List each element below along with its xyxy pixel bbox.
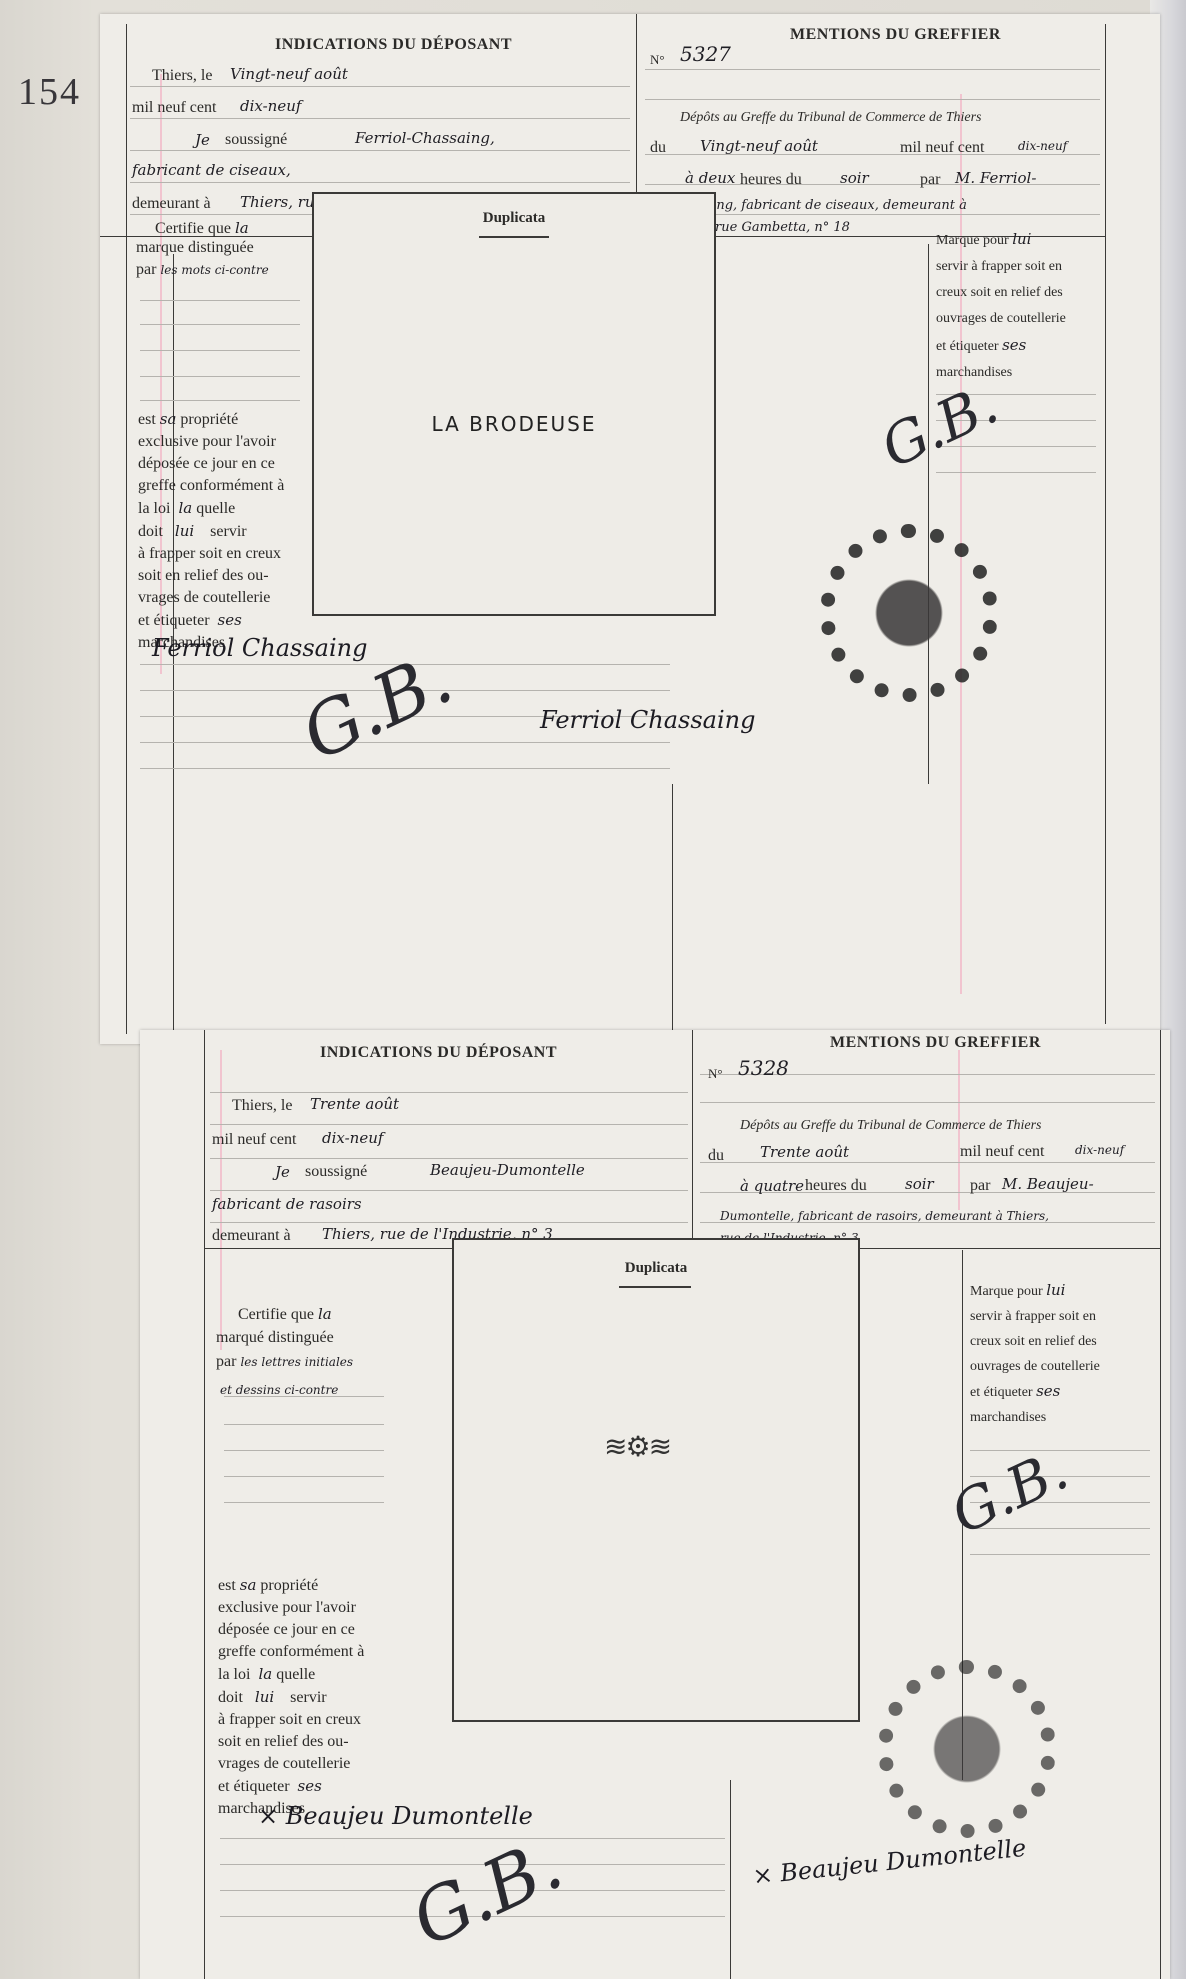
date-handwritten: Trente août	[310, 1094, 399, 1114]
depositant-header: INDICATIONS DU DÉPOSANT	[275, 36, 512, 54]
deposit-statement: Dépôts au Greffe du Tribunal de Commerce…	[740, 1116, 1042, 1136]
deposit-statement: Dépôts au Greffe du Tribunal de Commerce…	[680, 108, 982, 128]
year-label: mil neuf cent	[132, 98, 216, 118]
left-frame-line	[204, 1030, 205, 1979]
page-number: 154	[18, 70, 81, 114]
place-label: Thiers, le	[232, 1096, 292, 1116]
greffier-line-2: Dumontelle, fabricant de rasoirs, demeur…	[720, 1206, 1049, 1226]
greffier-header: MENTIONS DU GREFFIER	[830, 1034, 1041, 1052]
duplicata-box: Duplicata LA BRODEUSE	[312, 192, 716, 616]
certifie-line-4: et dessins ci-contre	[220, 1380, 338, 1400]
marque-pour-paragraph: Marque pour lui servir à frapper soit en…	[936, 226, 1106, 386]
trademark-text: LA BRODEUSE	[314, 412, 714, 436]
deposited-by-handwritten: M. Ferriol-	[955, 168, 1036, 188]
deposit-date-handwritten: Vingt-neuf août	[700, 136, 818, 156]
certifie-line-3: par les lettres initiales	[216, 1352, 353, 1372]
registration-number: 5328	[738, 1058, 789, 1078]
right-frame-line	[1160, 1030, 1161, 1979]
registration-number: 5327	[680, 44, 731, 64]
soussigne-label: soussigné	[225, 130, 287, 150]
seal-stamp-icon	[820, 524, 998, 702]
hour-handwritten: à quatre	[740, 1176, 804, 1196]
du-label: du	[708, 1146, 724, 1166]
deposit-year-handwritten: dix-neuf	[1075, 1140, 1124, 1160]
greffier-paraph: G.B.	[399, 1821, 574, 1962]
depositant-signature: Ferriol Chassaing	[152, 634, 367, 662]
hour-handwritten: à deux	[685, 168, 735, 188]
number-label: N°	[708, 1064, 723, 1084]
duplicata-title: Duplicata	[314, 210, 714, 227]
depositant-signature-right: × Beaujeu Dumontelle	[751, 1834, 1027, 1891]
depositant-header: INDICATIONS DU DÉPOSANT	[320, 1044, 557, 1062]
address-label: demeurant à	[132, 194, 211, 214]
depositant-signature-right: Ferriol Chassaing	[540, 706, 755, 734]
certifie-line-3: par les mots ci-contre	[136, 260, 269, 280]
duplicata-title: Duplicata	[454, 1260, 858, 1277]
winged-gear-emblem-icon: ≋⚙≋	[604, 1430, 670, 1464]
column-divider	[692, 1030, 693, 1248]
propriete-paragraph: est sa propriété exclusive pour l'avoir …	[218, 1574, 398, 1820]
right-frame-line	[1105, 24, 1106, 1024]
du-label: du	[650, 138, 666, 158]
greffier-paraph-right: G.B.	[872, 372, 1008, 481]
period-handwritten: soir	[840, 168, 869, 188]
year-handwritten: dix-neuf	[240, 96, 301, 116]
entry-slip-5327: INDICATIONS DU DÉPOSANT Thiers, le Vingt…	[100, 14, 1160, 1044]
depositant-name: Beaujeu-Dumontelle	[430, 1160, 585, 1180]
period-handwritten: soir	[905, 1174, 934, 1194]
number-label: N°	[650, 50, 665, 70]
certifie-line-2: marque distinguée	[136, 238, 254, 258]
certifie-line-1: Certifie que la	[155, 218, 249, 239]
place-label: Thiers, le	[152, 66, 212, 86]
marque-pour-paragraph: Marque pour lui servir à frapper soit en…	[970, 1278, 1150, 1430]
je-handwritten: Je	[195, 130, 210, 150]
duplicata-underline	[479, 236, 549, 238]
deposit-date-handwritten: Trente août	[760, 1142, 849, 1162]
date-handwritten: Vingt-neuf août	[230, 64, 348, 84]
year-handwritten: dix-neuf	[322, 1128, 383, 1148]
entry-slip-5328: INDICATIONS DU DÉPOSANT Thiers, le Trent…	[140, 1030, 1170, 1979]
register-book: 154 INDICATIONS DU DÉPOSANT Thiers, le V…	[0, 0, 1186, 1979]
year-label: mil neuf cent	[212, 1130, 296, 1150]
address-label: demeurant à	[212, 1226, 291, 1246]
deposit-year-label: mil neuf cent	[960, 1142, 1044, 1162]
par-label: par	[920, 170, 940, 190]
seal-stamp-icon	[878, 1660, 1056, 1838]
signature-divider	[672, 784, 673, 1034]
depositant-signature: × Beaujeu Dumontelle	[258, 1802, 533, 1830]
deposited-by-handwritten: M. Beaujeu-	[1002, 1174, 1094, 1194]
je-handwritten: Je	[275, 1162, 290, 1182]
heures-label: heures du	[805, 1176, 867, 1196]
deposit-year-label: mil neuf cent	[900, 138, 984, 158]
profession-handwritten: fabricant de ciseaux,	[132, 160, 291, 180]
left-frame-line	[126, 24, 127, 1034]
greffier-header: MENTIONS DU GREFFIER	[790, 26, 1001, 44]
par-label: par	[970, 1176, 990, 1196]
duplicata-box: Duplicata ≋⚙≋	[452, 1238, 860, 1722]
profession-handwritten: fabricant de rasoirs	[212, 1194, 362, 1214]
signature-divider	[730, 1780, 731, 1979]
right-column-line	[928, 244, 929, 784]
heures-label: heures du	[740, 170, 802, 190]
duplicata-underline	[619, 1286, 691, 1288]
depositant-name: Ferriol-Chassaing,	[355, 128, 495, 148]
certifie-line-1: Certifie que la	[238, 1304, 332, 1325]
propriete-paragraph: est sa propriété exclusive pour l'avoir …	[138, 408, 318, 654]
certifie-line-2: marqué distinguée	[216, 1328, 334, 1348]
soussigne-label: soussigné	[305, 1162, 367, 1182]
deposit-year-handwritten: dix-neuf	[1018, 136, 1067, 156]
